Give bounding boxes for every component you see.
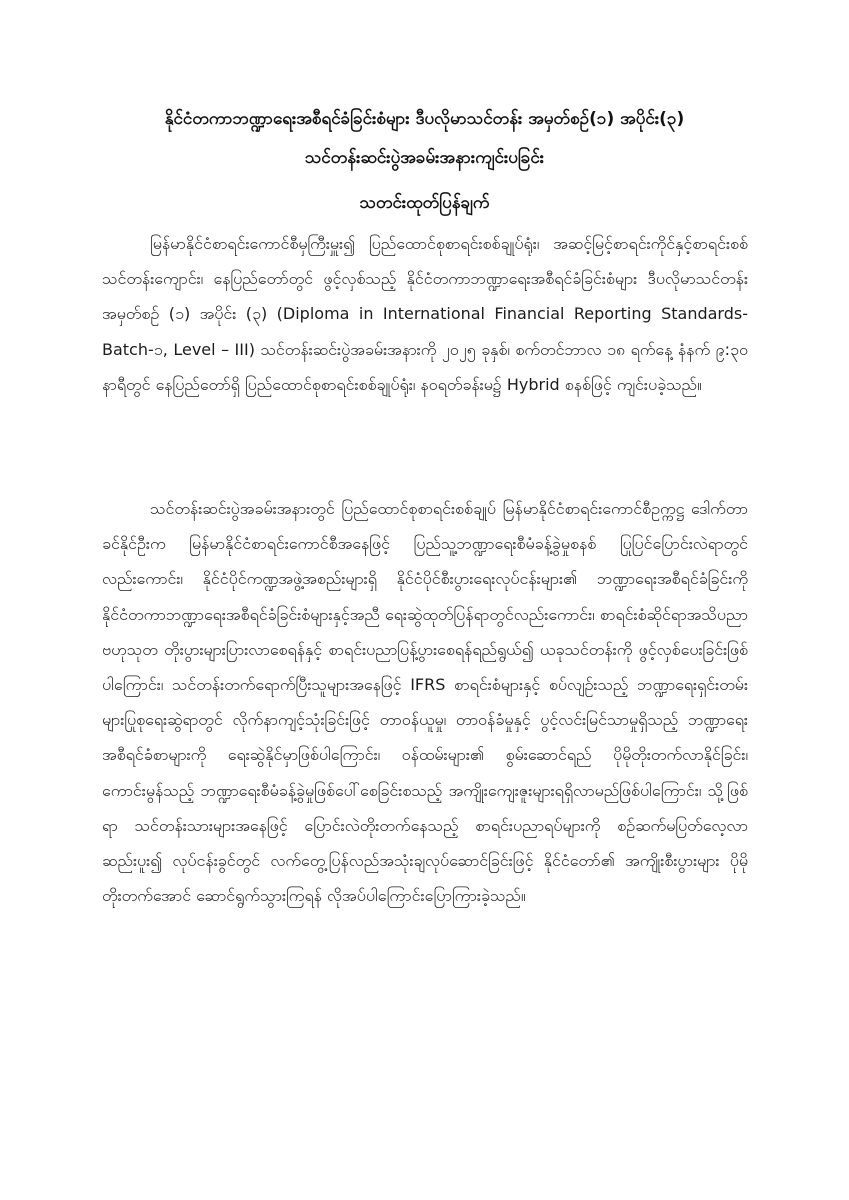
body-paragraph-1-block: မြန်မာနိုင်ငံစာရင်းကောင်စီမှကြီးမှူး၍ ပြ…	[102, 226, 748, 402]
body-paragraph-2-block: သင်တန်းဆင်းပွဲအခမ်းအနားတွင် ပြည်ထောင်စုစ…	[102, 491, 748, 913]
document-subtitle: သတင်းထုတ်ပြန်ချက်	[60, 188, 789, 218]
document-page: နိုင်ငံတကာဘဏ္ဍာရေးအစီရင်ခံခြင်းစံများ ဒီ…	[0, 0, 849, 1200]
document-title-line-2: သင်တန်းဆင်းပွဲအခမ်းအနားကျင်းပခြင်း	[60, 143, 789, 173]
body-paragraph-2: သင်တန်းဆင်းပွဲအခမ်းအနားတွင် ပြည်ထောင်စုစ…	[102, 491, 748, 913]
document-title-line-1: နိုင်ငံတကာဘဏ္ဍာရေးအစီရင်ခံခြင်းစံများ ဒီ…	[60, 104, 789, 134]
body-paragraph-1: မြန်မာနိုင်ငံစာရင်းကောင်စီမှကြီးမှူး၍ ပြ…	[102, 226, 748, 402]
